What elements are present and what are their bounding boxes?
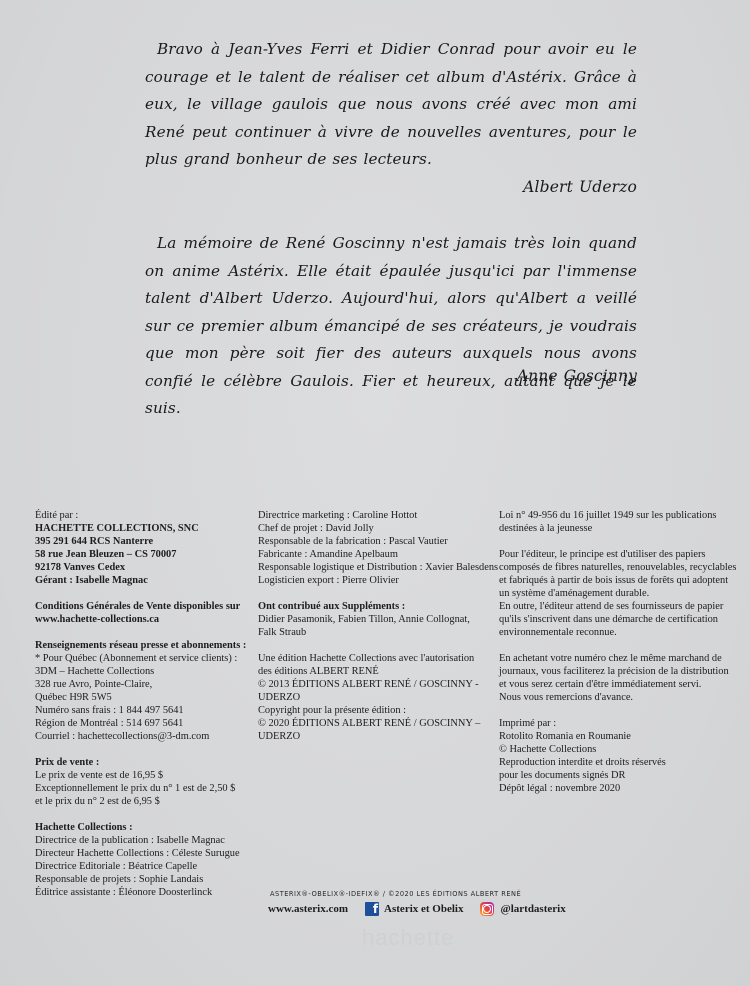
colophon-column-3: Loi n° 49-956 du 16 juillet 1949 sur les…	[499, 509, 729, 808]
network-line: Courriel : hachettecollections@3-dm.com	[35, 730, 255, 743]
social-links: www.asterix.com f Asterix et Obelix @lar…	[268, 902, 566, 916]
publisher-line: 58 rue Jean Bleuzen – CS 70007	[35, 548, 255, 561]
paper-line: En outre, l'éditeur attend de ses fourni…	[499, 600, 729, 613]
rights-line: Copyright pour la présente édition :	[258, 704, 493, 717]
network-line: 3DM – Hachette Collections	[35, 665, 255, 678]
paper-line: Pour l'éditeur, le principe est d'utilis…	[499, 548, 729, 561]
printing-line: Imprimé par :	[499, 717, 729, 730]
hachette-line: Directrice de la publication : Isabelle …	[35, 834, 255, 847]
paper-policy-block: Pour l'éditeur, le principe est d'utilis…	[499, 548, 729, 639]
price-block: Prix de vente : Le prix de vente est de …	[35, 756, 255, 808]
publisher-line: HACHETTE COLLECTIONS, SNC	[35, 522, 255, 535]
letter-text: Bravo à Jean-Yves Ferri et Didier Conrad…	[145, 36, 637, 174]
price-line: Le prix de vente est de 16,95 $	[35, 769, 255, 782]
staff-line: Responsable de la fabrication : Pascal V…	[258, 535, 493, 548]
network-line: 328 rue Avro, Pointe-Claire,	[35, 678, 255, 691]
printing-line: pour les documents signés DR	[499, 769, 729, 782]
staff-line: Directrice marketing : Caroline Hottot	[258, 509, 493, 522]
law-line: destinées à la jeunesse	[499, 522, 729, 535]
price-title: Prix de vente :	[35, 756, 255, 769]
contributors-title: Ont contribué aux Suppléments :	[258, 600, 493, 613]
hachette-title: Hachette Collections :	[35, 821, 255, 834]
rights-line: UDERZO	[258, 691, 493, 704]
publisher-block: Édité par : HACHETTE COLLECTIONS, SNC 39…	[35, 509, 255, 587]
signature-anne-goscinny: Anne Goscinny	[517, 367, 637, 385]
colophon-column-2: Directrice marketing : Caroline Hottot C…	[258, 509, 493, 756]
network-title: Renseignements réseau presse et abonneme…	[35, 639, 255, 652]
staff-block: Directrice marketing : Caroline Hottot C…	[258, 509, 493, 587]
staff-line: Responsable logistique et Distribution :…	[258, 561, 493, 574]
rights-block: Une édition Hachette Collections avec l'…	[258, 652, 493, 743]
hachette-line: Directrice Editoriale : Béatrice Capelle	[35, 860, 255, 873]
rights-line: des éditions ALBERT RENÉ	[258, 665, 493, 678]
retail-line: et vous serez certain d'être immédiateme…	[499, 678, 729, 691]
network-line: Numéro sans frais : 1 844 497 5641	[35, 704, 255, 717]
goscinny-letter: La mémoire de René Goscinny n'est jamais…	[145, 230, 637, 423]
contributors-line: Didier Pasamonik, Fabien Tillon, Annie C…	[258, 613, 493, 626]
retail-line: Nous vous remercions d'avance.	[499, 691, 729, 704]
paper-line: qu'ils s'inscrivent dans une démarche de…	[499, 613, 729, 626]
website-link[interactable]: www.asterix.com	[268, 903, 348, 915]
contributors-block: Ont contribué aux Suppléments : Didier P…	[258, 600, 493, 639]
instagram-link[interactable]: @lartdasterix	[500, 903, 565, 915]
printing-line: Rotolito Romania en Roumanie	[499, 730, 729, 743]
uderzo-letter: Bravo à Jean-Yves Ferri et Didier Conrad…	[145, 36, 637, 174]
conditions-line: Conditions Générales de Vente disponible…	[35, 600, 255, 613]
publisher-line: 395 291 644 RCS Nanterre	[35, 535, 255, 548]
contributors-line: Falk Straub	[258, 626, 493, 639]
retail-line: En achetant votre numéro chez le même ma…	[499, 652, 729, 665]
paper-line: un système d'aménagement durable.	[499, 587, 729, 600]
law-block: Loi n° 49-956 du 16 juillet 1949 sur les…	[499, 509, 729, 535]
paper-line: et fabriqués à partir de bois issus de f…	[499, 574, 729, 587]
staff-line: Chef de projet : David Jolly	[258, 522, 493, 535]
publisher-line: Gérant : Isabelle Magnac	[35, 574, 255, 587]
hachette-line: Éditrice assistante : Éléonore Doosterli…	[35, 886, 255, 899]
facebook-link[interactable]: Asterix et Obelix	[384, 903, 463, 915]
network-line: Québec H9R 5W5	[35, 691, 255, 704]
network-line: * Pour Québec (Abonnement et service cli…	[35, 652, 255, 665]
rights-line: © 2020 ÉDITIONS ALBERT RENÉ / GOSCINNY –	[258, 717, 493, 730]
printing-line: Reproduction interdite et droits réservé…	[499, 756, 729, 769]
rights-line: Une édition Hachette Collections avec l'…	[258, 652, 493, 665]
paper-line: composés de fibres naturelles, renouvela…	[499, 561, 729, 574]
conditions-url: www.hachette-collections.ca	[35, 613, 255, 626]
publisher-line: 92178 Vanves Cedex	[35, 561, 255, 574]
rights-line: © 2013 ÉDITIONS ALBERT RENÉ / GOSCINNY -	[258, 678, 493, 691]
hachette-line: Responsable de projets : Sophie Landais	[35, 873, 255, 886]
show-through-text: hachette	[362, 925, 454, 951]
publisher-label: Édité par :	[35, 509, 255, 522]
colophon-column-1: Édité par : HACHETTE COLLECTIONS, SNC 39…	[35, 509, 255, 912]
signature-albert-uderzo: Albert Uderzo	[523, 178, 637, 196]
trademark-notice: Asterix®-Obelix®-Idefix® / ©2020 Les édi…	[270, 890, 521, 898]
instagram-icon	[480, 902, 494, 916]
retail-block: En achetant votre numéro chez le même ma…	[499, 652, 729, 704]
rights-line: UDERZO	[258, 730, 493, 743]
hachette-line: Directeur Hachette Collections : Céleste…	[35, 847, 255, 860]
staff-line: Fabricante : Amandine Apelbaum	[258, 548, 493, 561]
printing-block: Imprimé par : Rotolito Romania en Rouman…	[499, 717, 729, 795]
printing-line: © Hachette Collections	[499, 743, 729, 756]
printing-line: Dépôt légal : novembre 2020	[499, 782, 729, 795]
facebook-icon: f	[365, 902, 379, 916]
price-line: Exceptionnellement le prix du n° 1 est d…	[35, 782, 255, 795]
conditions-block: Conditions Générales de Vente disponible…	[35, 600, 255, 626]
price-line: et le prix du n° 2 est de 6,95 $	[35, 795, 255, 808]
staff-line: Logisticien export : Pierre Olivier	[258, 574, 493, 587]
law-line: Loi n° 49-956 du 16 juillet 1949 sur les…	[499, 509, 729, 522]
paper-line: environnementale reconnue.	[499, 626, 729, 639]
network-line: Région de Montréal : 514 697 5641	[35, 717, 255, 730]
network-block: Renseignements réseau presse et abonneme…	[35, 639, 255, 743]
retail-line: journaux, vous faciliterez la précision …	[499, 665, 729, 678]
letter-text: La mémoire de René Goscinny n'est jamais…	[145, 230, 637, 423]
hachette-block: Hachette Collections : Directrice de la …	[35, 821, 255, 899]
